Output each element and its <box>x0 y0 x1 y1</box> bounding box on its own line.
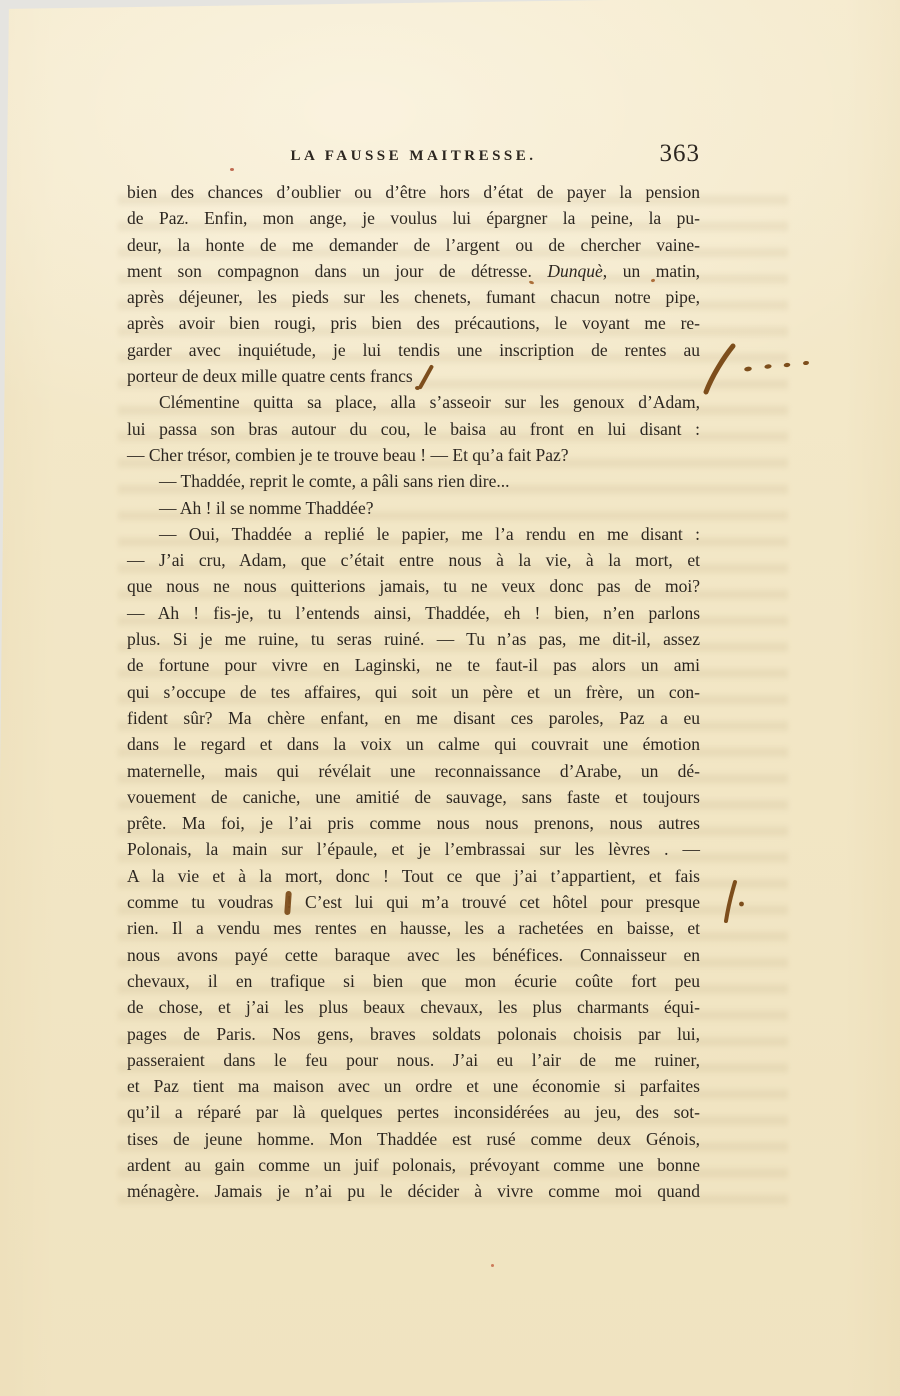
text-line: fident sûr? Ma chère enfant, en me disan… <box>127 705 700 731</box>
text-run: passeraient dans le feu pour nous. J’ai … <box>127 1050 700 1070</box>
text-run: et Paz tient ma maison avec un ordre et … <box>127 1076 700 1096</box>
text-run: comme tu voudras <box>127 892 286 912</box>
text-line: ménagère. Jamais je n’ai pu le décider à… <box>127 1178 700 1204</box>
text-line: Polonais, la main sur l’épaule, et je l’… <box>127 836 700 862</box>
text-line: après avoir bien rougi, pris bien des pr… <box>127 310 700 336</box>
text-line: vouement de caniche, une amitié de sauva… <box>127 784 700 810</box>
text-line: deur, la honte de me demander de l’argen… <box>127 232 700 258</box>
scan-edge-top <box>0 0 610 9</box>
text-line: bien des chances d’oublier ou d’être hor… <box>127 179 700 205</box>
text-run: de Paz. Enfin, mon ange, je voulus lui é… <box>127 208 700 228</box>
text-run: fident sûr? Ma chère enfant, en me disan… <box>127 708 700 728</box>
text-run: tises de jeune homme. Mon Thaddée est ru… <box>127 1129 700 1149</box>
pen-mark-margin-slash-dots <box>706 346 809 392</box>
text-run: maternelle, mais qui révélait une reconn… <box>127 761 700 781</box>
text-run: — Thaddée, reprit le comte, a pâli sans … <box>159 471 510 491</box>
text-run: ménagère. Jamais je n’ai pu le décider à… <box>127 1181 700 1201</box>
scanned-page: LA FAUSSE MAITRESSE. 363 bien des chance… <box>0 0 900 1396</box>
text-line: qui s’occupe de tes affaires, qui soit u… <box>127 679 700 705</box>
text-run: — Cher trésor, combien je te trouve beau… <box>127 445 569 465</box>
text-run: — Oui, Thaddée a replié le papier, me l’… <box>159 524 700 544</box>
text-line: et Paz tient ma maison avec un ordre et … <box>127 1073 700 1099</box>
text-line: pages de Paris. Nos gens, braves soldats… <box>127 1021 700 1047</box>
text-run: Clémentine quitta sa place, alla s’asseo… <box>159 392 700 412</box>
text-line: chevaux, il en trafique si bien que mon … <box>127 968 700 994</box>
text-line: de Paz. Enfin, mon ange, je voulus lui é… <box>127 205 700 231</box>
text-line: — Thaddée, reprit le comte, a pâli sans … <box>127 468 700 494</box>
text-run: après avoir bien rougi, pris bien des pr… <box>127 313 700 333</box>
text-line: que nous ne nous quitterions jamais, tu … <box>127 573 700 599</box>
text-run: — Ah ! il se nomme Thaddée? <box>159 498 374 518</box>
text-run: vouement de caniche, une amitié de sauva… <box>127 787 700 807</box>
text-line: de chose, et j’ai les plus beaux chevaux… <box>127 994 700 1020</box>
text-run: garder avec inquiétude, je lui tendis un… <box>127 340 700 360</box>
paper-speck <box>491 1264 494 1267</box>
text-line: passeraient dans le feu pour nous. J’ai … <box>127 1047 700 1073</box>
text-line: — Cher trésor, combien je te trouve beau… <box>127 442 700 468</box>
text-run: — Ah ! fis-je, tu l’entends ainsi, Thadd… <box>127 603 700 623</box>
text-line: après déjeuner, les pieds sur les chenet… <box>127 284 700 310</box>
text-run: plus. Si je me ruine, tu seras ruiné. — … <box>127 629 700 649</box>
text-line: maternelle, mais qui révélait une reconn… <box>127 758 700 784</box>
text-run: qu’il a réparé par là quelques pertes in… <box>127 1102 700 1122</box>
text-line: dans le regard et dans la voix un calme … <box>127 731 700 757</box>
text-line: — Ah ! fis-je, tu l’entends ainsi, Thadd… <box>127 600 700 626</box>
text-run: lui passa son bras autour du cou, le bai… <box>127 419 700 439</box>
text-run: après déjeuner, les pieds sur les chenet… <box>127 287 700 307</box>
text-run: Polonais, la main sur l’épaule, et je l’… <box>127 839 700 859</box>
text-line: rien. Il a vendu mes rentes en hausse, l… <box>127 915 700 941</box>
text-run: dans le regard et dans la voix un calme … <box>127 734 700 754</box>
text-line: porteur de deux mille quatre cents franc… <box>127 363 700 389</box>
text-run: chevaux, il en trafique si bien que mon … <box>127 971 700 991</box>
text-run: ardent au gain comme un juif polonais, p… <box>127 1155 700 1175</box>
text-line: — J’ai cru, Adam, que c’était entre nous… <box>127 547 700 573</box>
page-number: 363 <box>640 140 700 168</box>
ink-blot-exclamation: ! <box>286 889 292 915</box>
text-line: tises de jeune homme. Mon Thaddée est ru… <box>127 1126 700 1152</box>
text-line: ardent au gain comme un juif polonais, p… <box>127 1152 700 1178</box>
text-run: bien des chances d’oublier ou d’être hor… <box>127 182 700 202</box>
running-title: LA FAUSSE MAITRESSE. <box>127 148 700 170</box>
text-line: ment son compagnon dans un jour de détre… <box>127 258 700 284</box>
pen-mark-margin-slash-dot <box>726 882 744 921</box>
text-line: prête. Ma foi, je l’ai pris comme nous n… <box>127 810 700 836</box>
text-run: de fortune pour vivre en Laginski, ne te… <box>127 655 700 675</box>
italic-word: Dunquè <box>547 261 602 281</box>
text-run: prête. Ma foi, je l’ai pris comme nous n… <box>127 813 700 833</box>
text-line: comme tu voudras ! C’est lui qui m’a tro… <box>127 889 700 915</box>
text-line: garder avec inquiétude, je lui tendis un… <box>127 337 700 363</box>
text-line: Clémentine quitta sa place, alla s’asseo… <box>127 389 700 415</box>
text-line: A la vie et à la mort, donc ! Tout ce qu… <box>127 863 700 889</box>
text-run: rien. Il a vendu mes rentes en hausse, l… <box>127 918 700 938</box>
pen-slash-mark <box>415 365 433 385</box>
text-run: pages de Paris. Nos gens, braves soldats… <box>127 1024 700 1044</box>
text-run: , un matin, <box>603 261 700 281</box>
text-line: de fortune pour vivre en Laginski, ne te… <box>127 652 700 678</box>
text-run: C’est lui qui m’a trouvé cet hôtel pour … <box>292 892 700 912</box>
text-run: porteur de deux mille quatre cents franc… <box>127 366 413 386</box>
text-run: ment son compagnon dans un jour de détre… <box>127 261 547 281</box>
text-line: lui passa son bras autour du cou, le bai… <box>127 416 700 442</box>
body-text: bien des chances d’oublier ou d’être hor… <box>127 179 700 1205</box>
text-run: nous avons payé cette baraque avec les b… <box>127 945 700 965</box>
text-run: A la vie et à la mort, donc ! Tout ce qu… <box>127 866 700 886</box>
text-line: — Ah ! il se nomme Thaddée? <box>127 495 700 521</box>
text-line: — Oui, Thaddée a replié le papier, me l’… <box>127 521 700 547</box>
text-line: plus. Si je me ruine, tu seras ruiné. — … <box>127 626 700 652</box>
text-run: deur, la honte de me demander de l’argen… <box>127 235 700 255</box>
text-run: de chose, et j’ai les plus beaux chevaux… <box>127 997 700 1017</box>
text-line: qu’il a réparé par là quelques pertes in… <box>127 1099 700 1125</box>
text-line: nous avons payé cette baraque avec les b… <box>127 942 700 968</box>
scan-edge-left <box>0 0 9 780</box>
text-run: — J’ai cru, Adam, que c’était entre nous… <box>127 550 700 570</box>
text-run: qui s’occupe de tes affaires, qui soit u… <box>127 682 700 702</box>
text-run: que nous ne nous quitterions jamais, tu … <box>127 576 700 596</box>
